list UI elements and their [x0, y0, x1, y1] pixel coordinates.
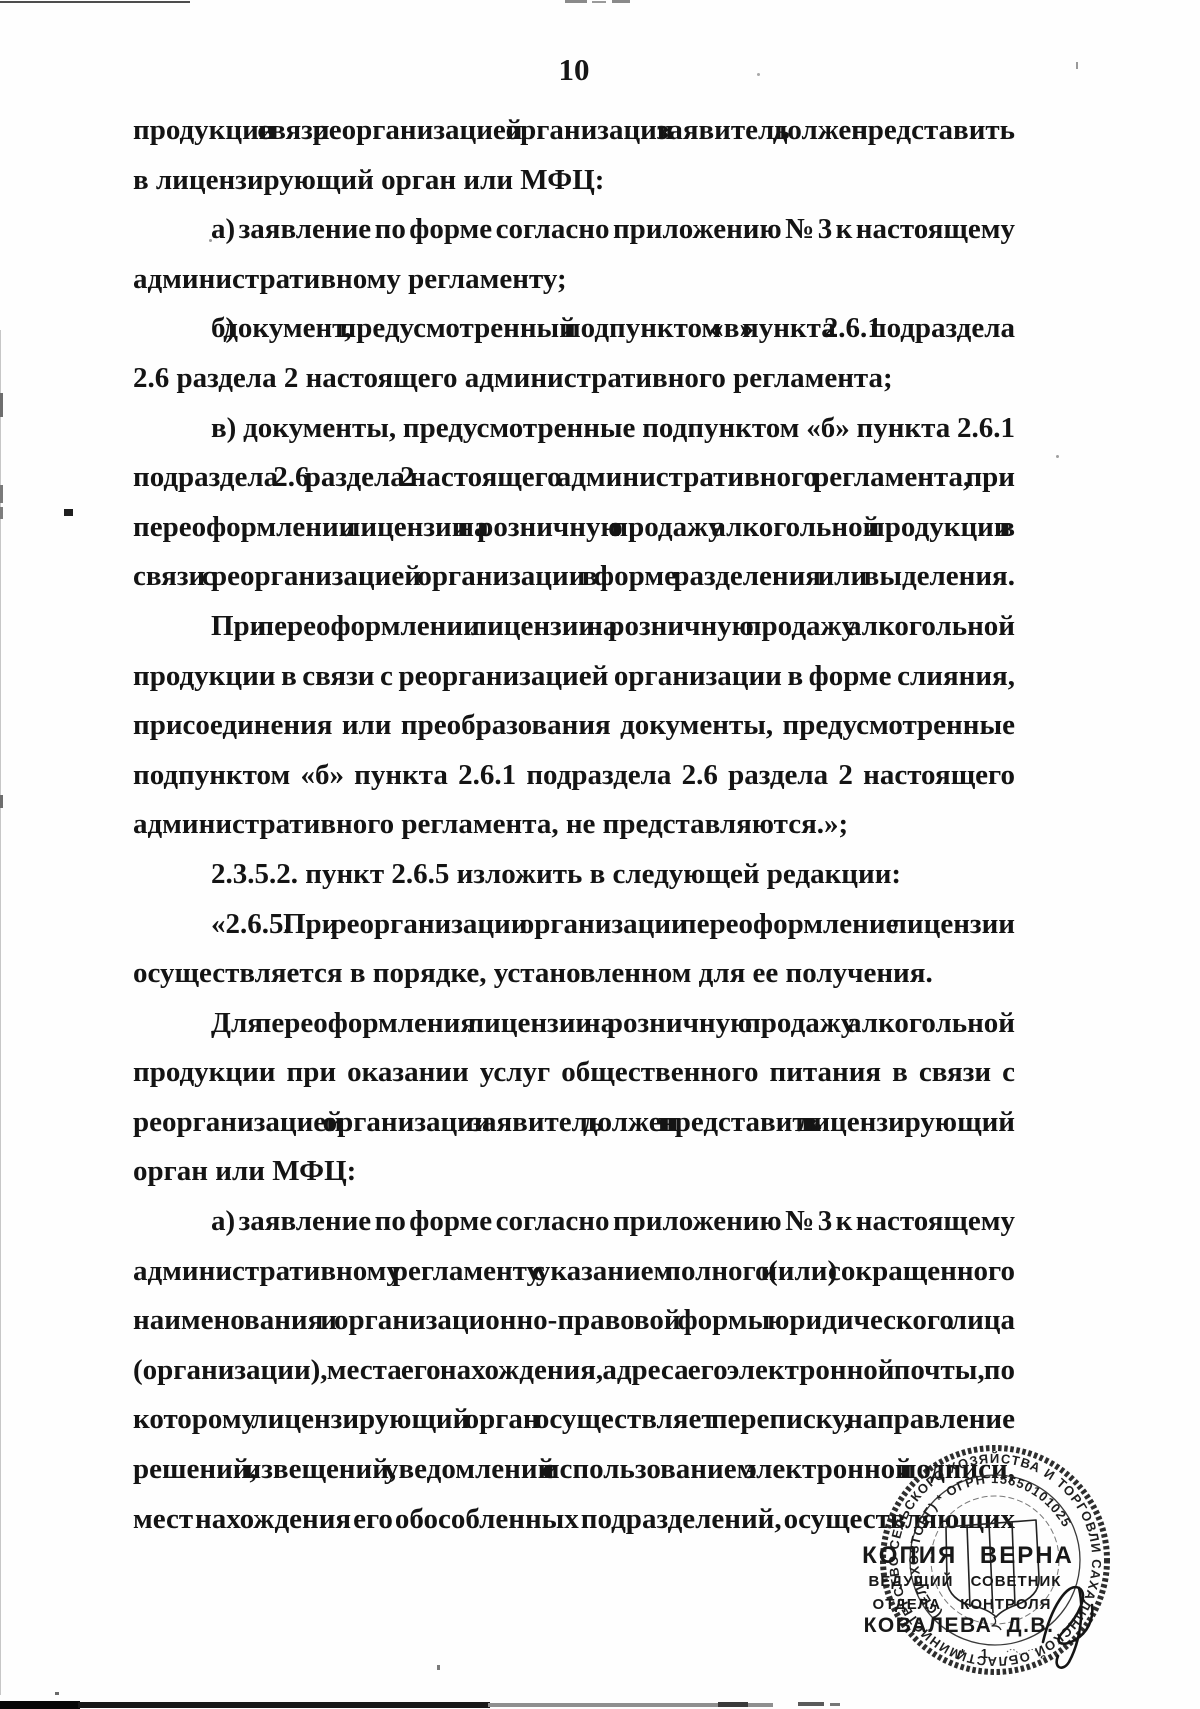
text-line: (организации), места его нахождения, адр… [133, 1346, 1015, 1396]
text-line: Для переоформления лицензии на розничную… [133, 999, 1015, 1049]
scan-artifact-tick [0, 795, 3, 808]
text-line: присоединения или преобразования докумен… [133, 701, 1015, 751]
scan-artifact-tick [0, 393, 3, 417]
scan-artifact-dot [437, 1665, 440, 1670]
text-line: осуществляется в порядке, установленном … [133, 949, 1015, 999]
text-line: наименования и организационно-правовой ф… [133, 1296, 1015, 1346]
scan-artifact-dot [1076, 62, 1078, 69]
scan-artifact-dot [55, 1692, 59, 1695]
scan-artifact-dot [1056, 455, 1059, 458]
scan-artifact-bottom-bar [0, 1701, 80, 1709]
scanned-document-page: 10 продукции в связи реорганизацией орга… [0, 0, 1200, 1709]
stamp-position-line1: ВЕДУЩИЙ СОВЕТНИК [869, 1572, 1062, 1590]
page-number: 10 [133, 52, 1015, 88]
text-line: подпунктом «б» пункта 2.6.1 подраздела 2… [133, 751, 1015, 801]
text-line: продукции в связи реорганизацией организ… [133, 106, 1015, 156]
document-body: продукции в связи реорганизацией организ… [133, 106, 1015, 1544]
scan-artifact-left-edge-line [0, 330, 1, 1695]
text-line: орган или МФЦ: [133, 1147, 1015, 1197]
scan-artifact-speck [565, 0, 587, 3]
text-line: б) документ, предусмотренный подпунктом … [133, 304, 1015, 354]
stamp-position-line2: ОТДЕЛА КОНТРОЛЯ [873, 1596, 1052, 1613]
stamp-copy-label: КОПИЯ ВЕРНА [862, 1542, 1074, 1569]
scan-artifact-speck [612, 0, 630, 3]
scan-artifact-bottom-bar [798, 1702, 824, 1706]
text-line: административному регламенту с указанием… [133, 1247, 1015, 1297]
text-line: 2.6 раздела 2 настоящего административно… [133, 354, 1015, 404]
stamp-signatory-name: КОВАЛЕВА Д.В. [864, 1614, 1055, 1637]
text-line: 2.3.5.2. пункт 2.6.5 изложить в следующе… [133, 850, 1015, 900]
text-line: При переоформлении лицензии на розничную… [133, 602, 1015, 652]
certification-stamp: МИНИСТЕРСТВО СЕЛЬСКОГО ХОЗЯЙСТВА И ТОРГО… [865, 1430, 1125, 1690]
text-line: подраздела 2.6 раздела 2 настоящего адми… [133, 453, 1015, 503]
stamp-graphic: МИНИСТЕРСТВО СЕЛЬСКОГО ХОЗЯЙСТВА И ТОРГО… [865, 1430, 1125, 1690]
scan-artifact-bottom-bar [830, 1703, 840, 1706]
text-line: «2.6.5. При реорганизации организации пе… [133, 900, 1015, 950]
text-line: а) заявление по форме согласно приложени… [133, 205, 1015, 255]
text-line: продукции при оказании услуг общественно… [133, 1048, 1015, 1098]
text-line: продукции в связи с реорганизацией орган… [133, 652, 1015, 702]
scan-artifact-bottom-bar [78, 1702, 490, 1708]
scan-artifact-speck [592, 1, 606, 3]
text-line: связи с реорганизацией организации в фор… [133, 552, 1015, 602]
text-line: в) документы, предусмотренные подпунктом… [133, 404, 1015, 454]
scan-artifact-bottom-bar [718, 1702, 748, 1707]
scan-artifact-tick [0, 485, 3, 503]
scan-artifact-speck [64, 509, 73, 516]
text-line: административного регламента, не предста… [133, 800, 1015, 850]
scan-artifact-tick [0, 507, 3, 519]
scan-artifact-top-line [0, 1, 190, 3]
text-line: реорганизацией организации заявитель дол… [133, 1098, 1015, 1148]
text-line: административному регламенту; [133, 255, 1015, 305]
text-line: а) заявление по форме согласно приложени… [133, 1197, 1015, 1247]
text-line: переоформлении лицензии на розничную про… [133, 503, 1015, 553]
stamp-center-mark: * 1 [960, 1646, 994, 1661]
text-line: в лицензирующий орган или МФЦ: [133, 156, 1015, 206]
